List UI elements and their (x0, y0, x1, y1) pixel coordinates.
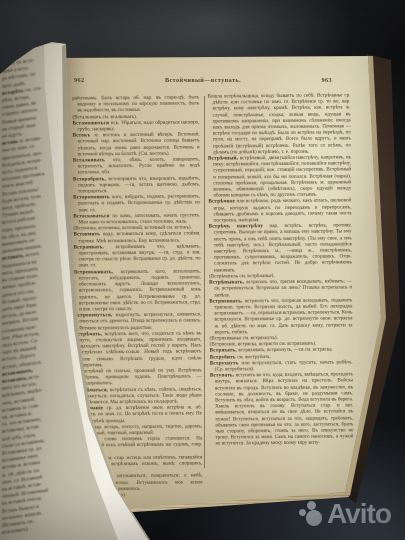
book-photo: 962 Встойчивый—вступать. 963 работнымъ. … (0, 0, 405, 540)
dictionary-entry: Встокъ м. востокъ и восточный вѣтеръ. Вс… (73, 132, 200, 158)
running-head: 962 Встойчивый—вступать. 963 (74, 77, 332, 84)
dictionary-entry: Всторобрять, встопорщить что, взъерошить… (73, 175, 200, 195)
logo-dot-medium (307, 501, 316, 510)
dictionary-entry: Встрѣпывать, встрепать что, трепля вскид… (209, 278, 352, 298)
dictionary-entry: Встревоживать, встревожить кого, всполош… (74, 268, 201, 313)
dictionary-entry: Встрѣчу, навстрѣчу нар. встрѣть, встрѣчь… (209, 223, 352, 274)
right-page-right-column: Вошла встрѣчальщица, всюду бываетъ по се… (207, 92, 353, 447)
dictionary-entry: работнымъ. Быть встарь об. нар. въ стари… (72, 94, 199, 114)
logo-dot-small (299, 509, 306, 516)
logo-dot-large (306, 510, 322, 526)
dictionary-entry: Встрѣчный, встрѣчевый, движущійся навстр… (208, 154, 351, 199)
dictionary-entry: Вошла встрѣчальщица, всюду бываетъ по се… (207, 92, 351, 155)
dictionary-entry: Всталкивать что, чѣмъ, колоть, взворошит… (73, 156, 200, 176)
avito-watermark-label: Avito (327, 500, 391, 528)
running-head-title: Встойчивый—вступать. (84, 77, 321, 84)
dictionary-entry: Встрепенуться, вздрогнуть, встряхнуться,… (74, 312, 201, 332)
column-divider-rule (204, 96, 205, 468)
dictionary-entry: Всторомошить кого, взбудить, поднять, ра… (73, 194, 200, 214)
avito-logo-icon (298, 500, 324, 528)
dictionary-entry: Встоямить воду, встоямиться кому, сдѣлат… (73, 231, 200, 245)
right-column-number: 963 (322, 77, 332, 84)
dictionary-entry: Встряхивать, встряхнуть что, потрясая вс… (209, 297, 352, 335)
avito-watermark: Avito (298, 500, 391, 528)
dictionary-entry: Встраивать, встроймивать что, вдѣлывать,… (74, 243, 201, 269)
dictionary-entry: Встрѣчать, встрѣтить кого, что, сходитьс… (74, 330, 201, 368)
dictionary-entry: Не встрѣчай по платью, провожай по уму. … (75, 367, 202, 387)
dictionary-entry: Встрѣчное или встрѣчное, родъ мелкаго, к… (208, 198, 351, 224)
